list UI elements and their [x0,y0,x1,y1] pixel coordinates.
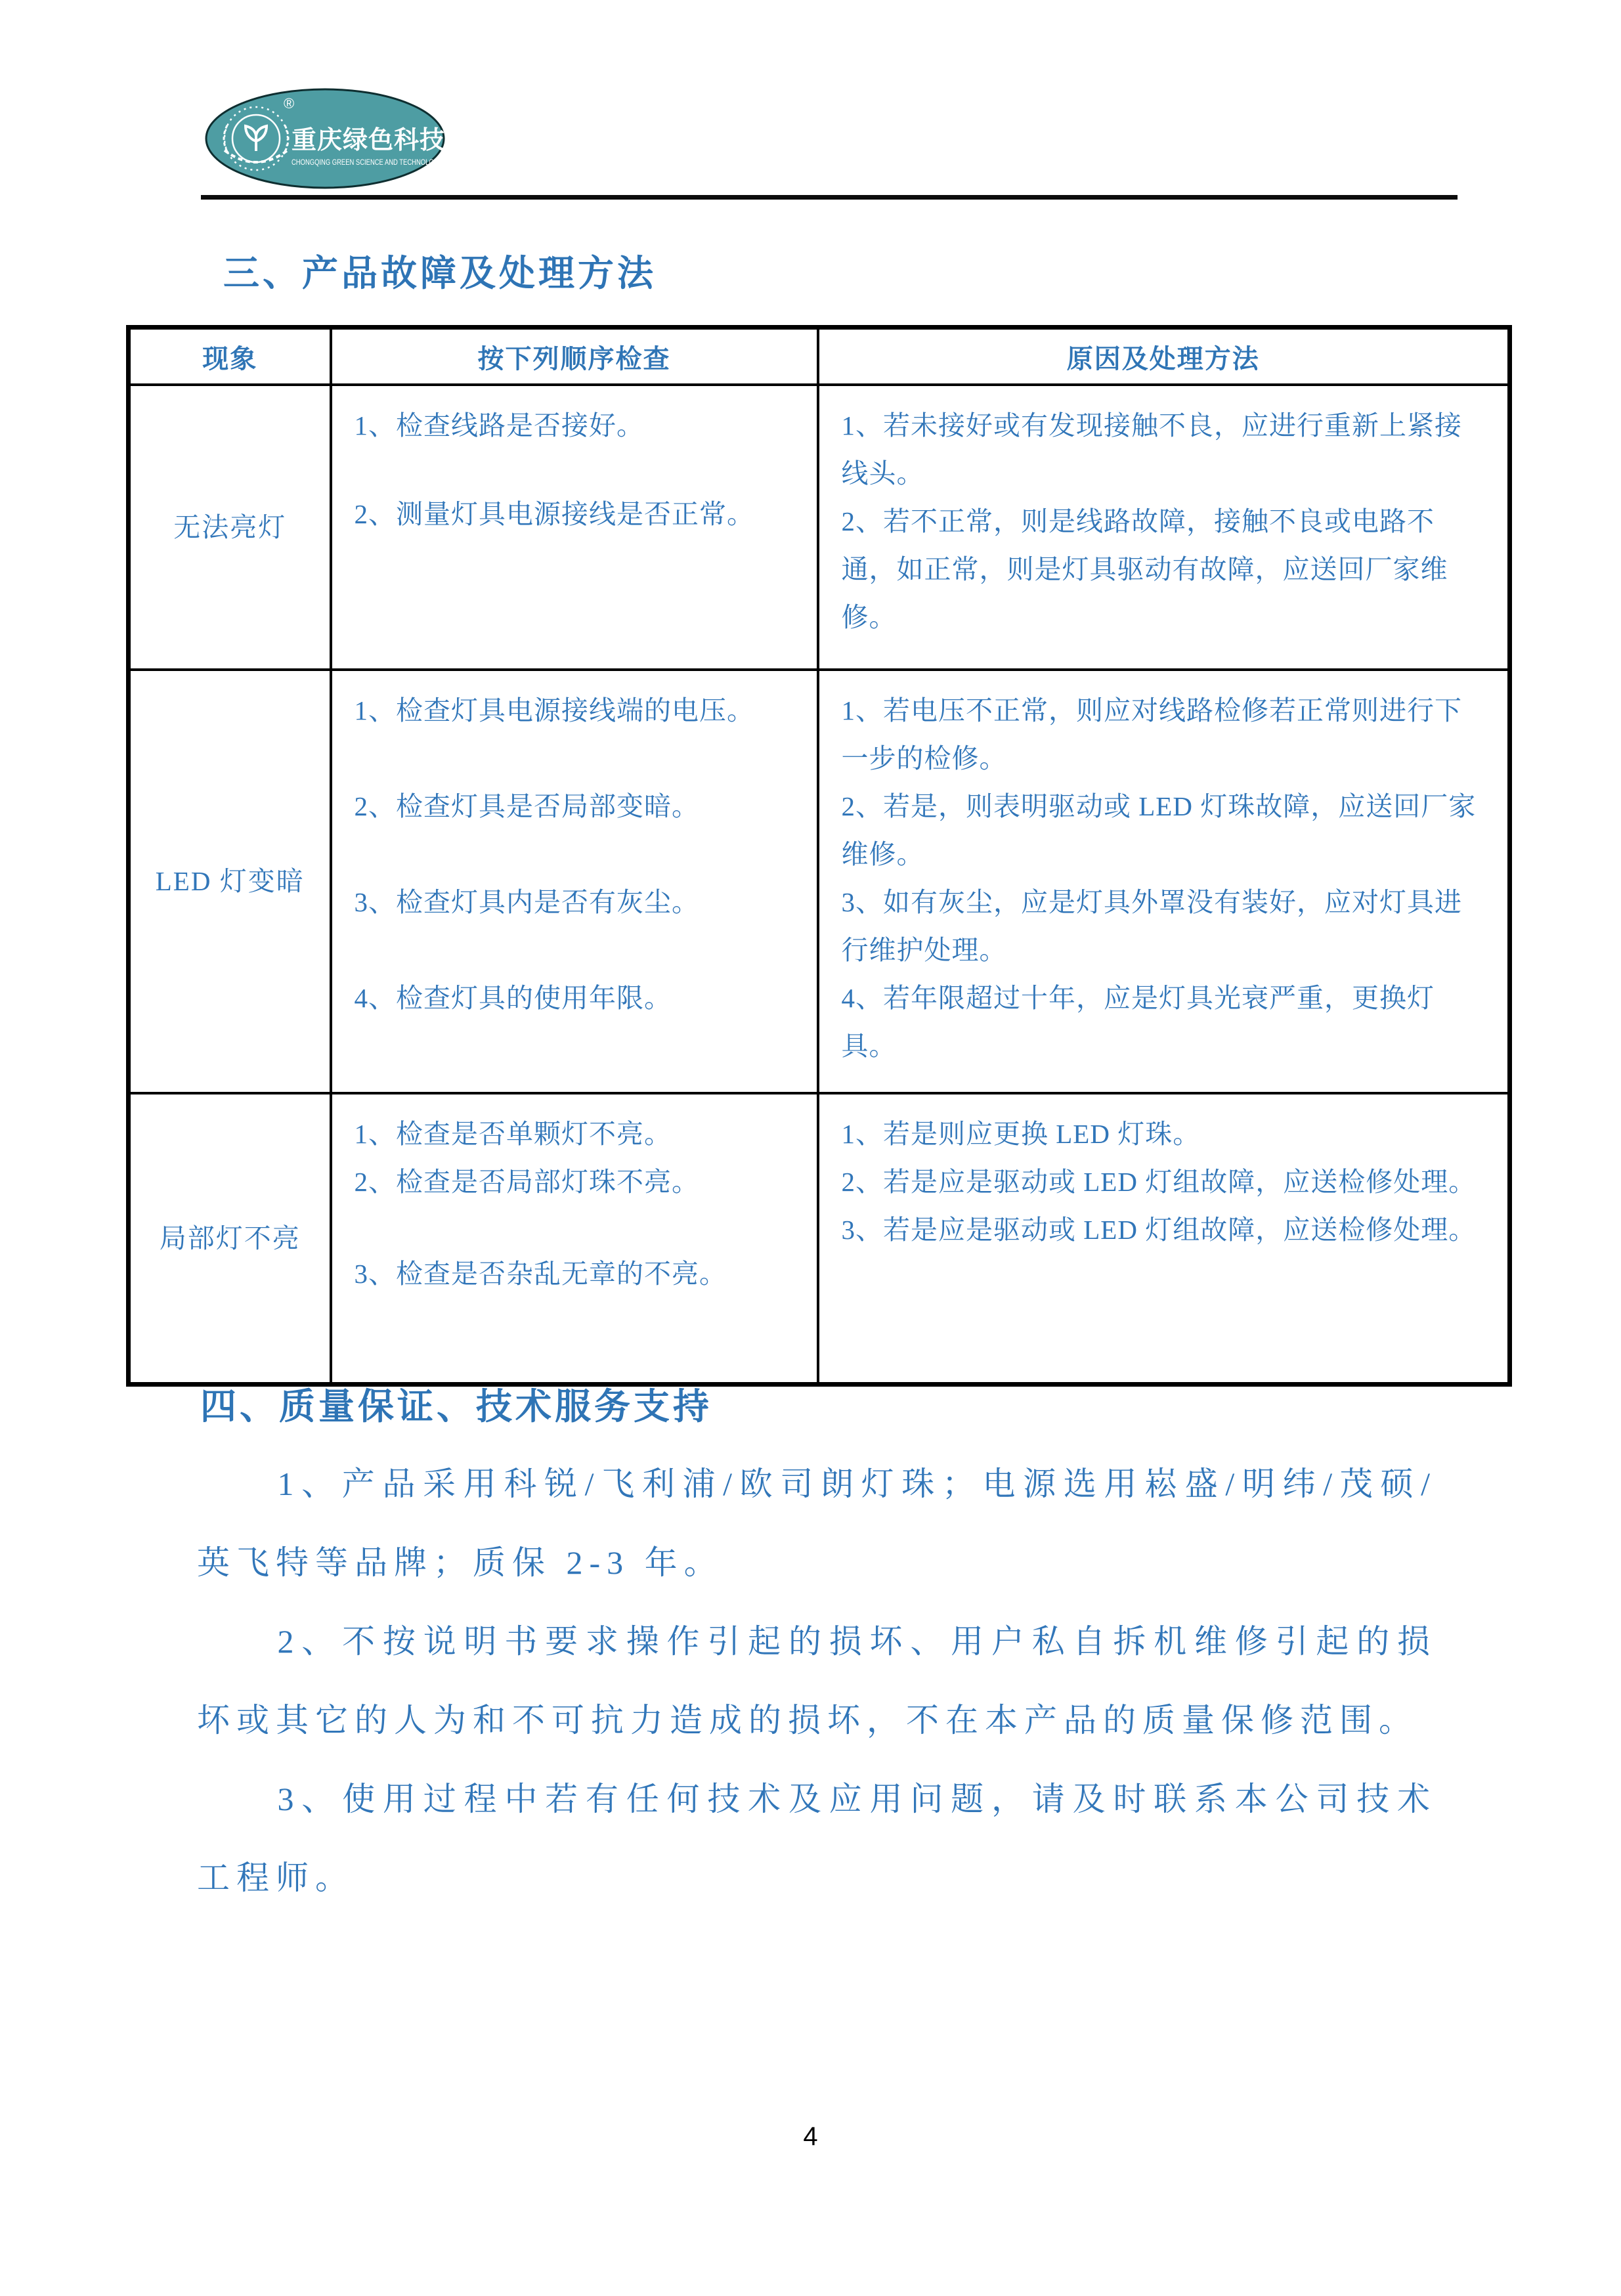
cause-handling-cell: 1、若是则应更换 LED 灯珠。2、若是应是驱动或 LED 灯组故障，应送检修处… [818,1093,1510,1385]
section-fault-title: 三、产品故障及处理方法 [223,244,657,296]
cause-handling-item: 4、若年限超过十年，应是灯具光衰严重，更换灯具。 [842,974,1486,1070]
table-row: LED 灯变暗1、检查灯具电源接线端的电压。2、检查灯具是否局部变暗。3、检查灯… [129,670,1510,1093]
cause-handling-item: 2、若不正常，则是线路故障，接触不良或电路不通，如正常，则是灯具驱动有故障，应送… [842,498,1486,641]
col-header-cause-handling: 原因及处理方法 [818,328,1510,385]
fault-table: 现象 按下列顺序检查 原因及处理方法 无法亮灯1、检查线路是否接好。2、测量灯具… [126,325,1512,1387]
logo-brand-cn: 重庆绿色科技 [292,127,445,154]
cause-handling-item: 2、若是应是驱动或 LED 灯组故障，应送检修处理。 [842,1158,1486,1206]
check-step: 1、检查灯具电源接线端的电压。 [355,687,794,735]
phenomenon-cell: 无法亮灯 [129,385,331,670]
warranty-paragraphs: 1、产品采用科锐/飞利浦/欧司朗灯珠；电源选用崧盛/明纬/茂硕/英飞特等品牌；质… [197,1444,1437,1917]
col-header-phenomenon: 现象 [129,328,331,385]
page-number: 4 [0,2122,1621,2152]
document-page: ® 重庆绿色科技 CHONGQING GREEN SCIENCE AND TEC… [0,0,1621,2296]
cause-handling-item: 3、如有灰尘，应是灯具外罩没有装好，应对灯具进行维护处理。 [842,878,1486,974]
cause-handling-item: 1、若电压不正常，则应对线路检修若正常则进行下一步的检修。 [842,687,1486,783]
registered-mark: ® [284,95,294,112]
header-rule [201,195,1458,200]
check-steps-cell: 1、检查是否单颗灯不亮。2、检查是否局部灯珠不亮。3、检查是否杂乱无章的不亮。 [331,1093,818,1385]
company-logo: ® 重庆绿色科技 CHONGQING GREEN SCIENCE AND TEC… [204,87,446,192]
warranty-paragraph-2: 2、不按说明书要求操作引起的损坏、用户私自拆机维修引起的损坏或其它的人为和不可抗… [197,1602,1437,1760]
table-row: 局部灯不亮1、检查是否单颗灯不亮。2、检查是否局部灯珠不亮。3、检查是否杂乱无章… [129,1093,1510,1385]
check-step: 3、检查是否杂乱无章的不亮。 [355,1250,794,1298]
check-step: 2、测量灯具电源接线是否正常。 [355,490,794,538]
cause-handling-item: 1、若是则应更换 LED 灯珠。 [842,1110,1486,1158]
col-header-check-order: 按下列顺序检查 [331,328,818,385]
warranty-paragraph-1: 1、产品采用科锐/飞利浦/欧司朗灯珠；电源选用崧盛/明纬/茂硕/英飞特等品牌；质… [197,1444,1437,1602]
section-warranty-title: 四、质量保证、技术服务支持 [200,1377,712,1429]
check-step: 2、检查是否局部灯珠不亮。 [355,1158,794,1206]
phenomenon-cell: LED 灯变暗 [129,670,331,1093]
check-step: 1、检查线路是否接好。 [355,402,794,450]
cause-handling-item: 2、若是，则表明驱动或 LED 灯珠故障，应送回厂家维修。 [842,783,1486,878]
check-step: 3、检查灯具内是否有灰尘。 [355,878,794,926]
cause-handling-item: 3、若是应是驱动或 LED 灯组故障，应送检修处理。 [842,1206,1486,1254]
check-step: 2、检查灯具是否局部变暗。 [355,783,794,831]
cause-handling-cell: 1、若未接好或有发现接触不良，应进行重新上紧接线头。2、若不正常，则是线路故障，… [818,385,1510,670]
table-row: 无法亮灯1、检查线路是否接好。2、测量灯具电源接线是否正常。1、若未接好或有发现… [129,385,1510,670]
phenomenon-cell: 局部灯不亮 [129,1093,331,1385]
cause-handling-cell: 1、若电压不正常，则应对线路检修若正常则进行下一步的检修。2、若是，则表明驱动或… [818,670,1510,1093]
fault-table-header-row: 现象 按下列顺序检查 原因及处理方法 [129,328,1510,385]
cause-handling-item: 1、若未接好或有发现接触不良，应进行重新上紧接线头。 [842,402,1486,498]
warranty-paragraph-3: 3、使用过程中若有任何技术及应用问题，请及时联系本公司技术工程师。 [197,1760,1437,1917]
company-logo-graphic: ® 重庆绿色科技 CHONGQING GREEN SCIENCE AND TEC… [204,87,446,192]
check-step: 1、检查是否单颗灯不亮。 [355,1110,794,1158]
check-step: 4、检查灯具的使用年限。 [355,974,794,1022]
logo-brand-en: CHONGQING GREEN SCIENCE AND TECHNOLOG [292,158,439,167]
check-steps-cell: 1、检查线路是否接好。2、测量灯具电源接线是否正常。 [331,385,818,670]
check-steps-cell: 1、检查灯具电源接线端的电压。2、检查灯具是否局部变暗。3、检查灯具内是否有灰尘… [331,670,818,1093]
